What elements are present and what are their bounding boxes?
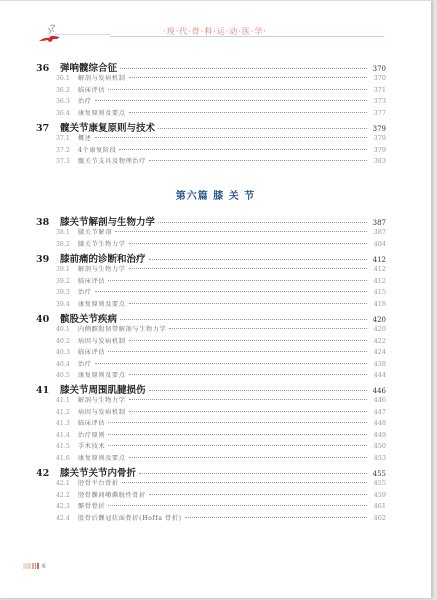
page-number: 412 xyxy=(370,256,386,264)
toc-section[interactable]: 39.4 康复原则及要点 418 xyxy=(36,299,386,308)
page-number: 462 xyxy=(370,514,386,522)
part-heading: 第六篇 膝 关 节 xyxy=(0,187,431,202)
toc-section[interactable]: 40.4 治疗 438 xyxy=(36,359,386,368)
page-number: 377 xyxy=(370,109,386,117)
chapter-title: 髋关节康复原则与技术 xyxy=(60,120,155,134)
toc-section[interactable]: 42.3 髌骨骨折 461 xyxy=(36,501,386,510)
sports-medicine-logo-icon xyxy=(36,23,66,47)
section-number: 41.6 xyxy=(56,455,78,462)
section-number: 41.3 xyxy=(56,420,78,427)
page-number: 455 xyxy=(370,470,386,478)
section-title: 髋关节支具及物理治疗 xyxy=(78,156,146,165)
toc-chapter-38[interactable]: 38 膝关节解剖与生物力学 387 xyxy=(36,214,386,228)
chapter-title: 弹响髋综合征 xyxy=(60,60,117,74)
dot-leader xyxy=(122,482,367,483)
page-number: 379 xyxy=(370,146,386,154)
dot-leader xyxy=(95,291,367,292)
toc-section[interactable]: 39.2 临床评估 412 xyxy=(36,276,386,285)
section-title: 病因与发病机制 xyxy=(78,336,126,345)
section-title: 治疗 xyxy=(78,96,92,105)
toc-section[interactable]: 38.1 膝关节解剖 387 xyxy=(36,227,386,236)
page-number: 438 xyxy=(370,360,386,368)
dot-leader xyxy=(129,411,367,412)
toc-chapter-41[interactable]: 41 膝关节周围肌腱损伤 446 xyxy=(36,382,386,396)
dot-leader xyxy=(139,473,367,474)
chapter-title: 膝前痛的诊断和治疗 xyxy=(60,251,146,265)
section-title: 胫骨平台骨折 xyxy=(78,478,119,487)
chapter-title: 膝关节解剖与生物力学 xyxy=(60,214,155,228)
dot-leader xyxy=(149,494,367,495)
section-title: 手术技术 xyxy=(78,441,105,450)
section-title: 解剖与生物力学 xyxy=(78,264,126,273)
toc-section[interactable]: 41.6 康复原则及要点 453 xyxy=(36,453,386,462)
dot-leader xyxy=(129,340,367,341)
page-number: 420 xyxy=(370,316,386,324)
section-number: 38.2 xyxy=(56,241,78,248)
section-number: 41.4 xyxy=(56,432,78,439)
page-number: 379 xyxy=(370,134,386,142)
page-number: 459 xyxy=(370,491,386,499)
section-title: 临床评估 xyxy=(78,347,105,356)
section-number: 37.2 xyxy=(56,147,78,154)
section-title: 康复原则及要点 xyxy=(78,108,126,117)
page-number: 370 xyxy=(370,74,386,82)
dot-leader xyxy=(119,149,367,150)
toc-section[interactable]: 41.4 治疗原则 449 xyxy=(36,430,386,439)
section-title: 康复原则及要点 xyxy=(78,453,126,462)
page-number: 412 xyxy=(370,265,386,273)
toc-section[interactable]: 40.1 内侧髌股韧带解剖与生物力学 420 xyxy=(36,324,386,333)
dot-leader xyxy=(129,243,367,244)
page-number: 447 xyxy=(370,408,386,416)
dot-leader xyxy=(108,280,367,281)
page-number: 373 xyxy=(370,97,386,105)
dot-leader xyxy=(95,100,367,101)
section-number: 41.5 xyxy=(56,443,78,450)
section-number: 42.4 xyxy=(56,515,78,522)
page-number: 453 xyxy=(370,454,386,462)
toc-section[interactable]: 39.1 解剖与生物力学 412 xyxy=(36,264,386,273)
toc-section[interactable]: 39.3 治疗 415 xyxy=(36,287,386,296)
dot-leader xyxy=(115,231,367,232)
section-title: 解剖与生物力学 xyxy=(78,395,126,404)
toc-section[interactable]: 37.2 4个康复阶段 379 xyxy=(36,145,386,154)
section-title: 4个康复阶段 xyxy=(78,145,116,154)
toc-section[interactable]: 36.1 解剖与发病机制 370 xyxy=(36,73,386,82)
chapter-title: 髌股关节疾病 xyxy=(60,311,117,325)
section-number: 36.3 xyxy=(56,98,78,105)
dot-leader xyxy=(149,160,367,161)
dot-leader xyxy=(158,128,367,129)
section-title: 概述 xyxy=(78,133,92,142)
section-title: 内侧髌股韧带解剖与生物力学 xyxy=(78,324,166,333)
section-title: 临床评估 xyxy=(78,418,105,427)
toc-section[interactable]: 41.1 解剖与生物力学 446 xyxy=(36,395,386,404)
section-number: 41.1 xyxy=(56,397,78,404)
toc-section[interactable]: 38.2 膝关节生物力学 404 xyxy=(36,239,386,248)
toc-section[interactable]: 42.1 胫骨平台骨折 455 xyxy=(36,478,386,487)
page-number: 412 xyxy=(370,277,386,285)
section-number: 40.3 xyxy=(56,349,78,356)
toc-section[interactable]: 36.4 康复原则及要点 377 xyxy=(36,108,386,117)
dot-leader xyxy=(149,390,367,391)
page-number: 387 xyxy=(370,228,386,236)
dot-leader xyxy=(169,328,367,329)
page-number: 449 xyxy=(370,431,386,439)
dot-leader xyxy=(149,259,367,260)
page-number: 404 xyxy=(370,240,386,248)
dot-leader xyxy=(185,517,367,518)
dot-leader xyxy=(129,399,367,400)
page-number: 461 xyxy=(370,502,386,510)
section-title: 膝关节生物力学 xyxy=(78,239,126,248)
section-number: 42.3 xyxy=(56,503,78,510)
dot-leader xyxy=(108,434,367,435)
page-number: 446 xyxy=(370,387,386,395)
section-number: 41.2 xyxy=(56,409,78,416)
section-number: 36.4 xyxy=(56,110,78,117)
toc-chapter-37[interactable]: 37 髋关节康复原则与技术 379 xyxy=(36,120,386,134)
chapter-title: 膝关节关节内骨折 xyxy=(60,465,136,479)
dot-leader xyxy=(129,303,367,304)
section-title: 临床评估 xyxy=(78,85,105,94)
page-number: 383 xyxy=(370,157,386,165)
toc-section[interactable]: 40.3 临床评估 424 xyxy=(36,347,386,356)
toc-section[interactable]: 37.3 髋关节支具及物理治疗 383 xyxy=(36,156,386,165)
dot-leader xyxy=(108,422,367,423)
toc-section[interactable]: 42.4 股骨后髁冠状面骨折(Hoffa 骨折) 462 xyxy=(36,513,386,522)
section-number: 39.2 xyxy=(56,278,78,285)
section-number: 39.1 xyxy=(56,266,78,273)
section-title: 髌骨骨折 xyxy=(78,501,105,510)
toc-chapter-39[interactable]: 39 膝前痛的诊断和治疗 412 xyxy=(36,251,386,265)
section-number: 40.2 xyxy=(56,338,78,345)
section-number: 39.4 xyxy=(56,301,78,308)
page-number: 418 xyxy=(370,300,386,308)
page-number: 448 xyxy=(370,419,386,427)
page-number: 371 xyxy=(370,86,386,94)
footer-page-number: 6 xyxy=(42,563,46,570)
section-number: 40.5 xyxy=(56,372,78,379)
section-number: 37.3 xyxy=(56,158,78,165)
dot-leader xyxy=(120,319,367,320)
section-number: 42.1 xyxy=(56,480,78,487)
toc-section[interactable]: 41.2 病因与发病机制 447 xyxy=(36,407,386,416)
section-title: 康复原则及要点 xyxy=(78,370,126,379)
page-number: 446 xyxy=(370,396,386,404)
section-title: 临床评估 xyxy=(78,276,105,285)
page-number: 450 xyxy=(370,442,386,450)
book-page: ·现·代·骨·科·运·动·医·学· 36 弹响髋综合征 370 36.1 解剖与… xyxy=(0,1,431,598)
dot-leader xyxy=(129,374,367,375)
section-title: 股骨后髁冠状面骨折(Hoffa 骨折) xyxy=(78,513,182,522)
page-number: 444 xyxy=(370,371,386,379)
running-header-title: ·现·代·骨·科·运·动·医·学· xyxy=(150,26,280,37)
dot-leader xyxy=(129,457,367,458)
section-number: 39.3 xyxy=(56,289,78,296)
section-title: 治疗 xyxy=(78,287,92,296)
section-number: 37.1 xyxy=(56,135,78,142)
page-number: 415 xyxy=(370,288,386,296)
toc-section[interactable]: 36.2 临床评估 371 xyxy=(36,85,386,94)
dot-leader xyxy=(129,112,367,113)
page-number: 420 xyxy=(370,325,386,333)
page-number: 455 xyxy=(370,479,386,487)
toc-section[interactable]: 41.3 临床评估 448 xyxy=(36,418,386,427)
toc-section[interactable]: 42.2 胫骨髁间嵴撕脱性骨折 459 xyxy=(36,490,386,499)
page-number: 379 xyxy=(370,125,386,133)
section-number: 40.1 xyxy=(56,326,78,333)
section-title: 胫骨髁间嵴撕脱性骨折 xyxy=(78,490,146,499)
decorative-color-bars-icon xyxy=(23,563,39,569)
section-title: 解剖与发病机制 xyxy=(78,73,126,82)
dot-leader xyxy=(95,137,367,138)
toc-section[interactable]: 40.5 康复原则及要点 444 xyxy=(36,370,386,379)
section-title: 病因与发病机制 xyxy=(78,407,126,416)
toc-section[interactable]: 41.5 手术技术 450 xyxy=(36,441,386,450)
section-title: 康复原则及要点 xyxy=(78,299,126,308)
dot-leader xyxy=(108,505,367,506)
section-number: 40.4 xyxy=(56,361,78,368)
dot-leader xyxy=(108,89,367,90)
toc-chapter-40[interactable]: 40 髌股关节疾病 420 xyxy=(36,311,386,325)
dot-leader xyxy=(108,351,367,352)
page-number: 422 xyxy=(370,337,386,345)
page-number: 370 xyxy=(370,65,386,73)
section-title: 治疗 xyxy=(78,359,92,368)
header-rule-left xyxy=(55,34,111,35)
page-number: 424 xyxy=(370,348,386,356)
chapter-title: 膝关节周围肌腱损伤 xyxy=(60,382,146,396)
toc-section[interactable]: 40.2 病因与发病机制 422 xyxy=(36,336,386,345)
dot-leader xyxy=(108,445,367,446)
toc-section[interactable]: 36.3 治疗 373 xyxy=(36,96,386,105)
section-number: 42.2 xyxy=(56,492,78,499)
toc-chapter-36[interactable]: 36 弹响髋综合征 370 xyxy=(36,60,386,74)
page-footer: 6 xyxy=(23,562,46,570)
toc-chapter-42[interactable]: 42 膝关节关节内骨折 455 xyxy=(36,465,386,479)
dot-leader xyxy=(158,222,367,223)
section-number: 36.2 xyxy=(56,87,78,94)
section-title: 治疗原则 xyxy=(78,430,105,439)
section-number: 36.1 xyxy=(56,75,78,82)
page-number: 387 xyxy=(370,219,386,227)
dot-leader xyxy=(129,268,367,269)
toc-section[interactable]: 37.1 概述 379 xyxy=(36,133,386,142)
section-title: 膝关节解剖 xyxy=(78,227,112,236)
section-number: 38.1 xyxy=(56,229,78,236)
dot-leader xyxy=(120,68,367,69)
dot-leader xyxy=(129,77,367,78)
dot-leader xyxy=(95,363,367,364)
